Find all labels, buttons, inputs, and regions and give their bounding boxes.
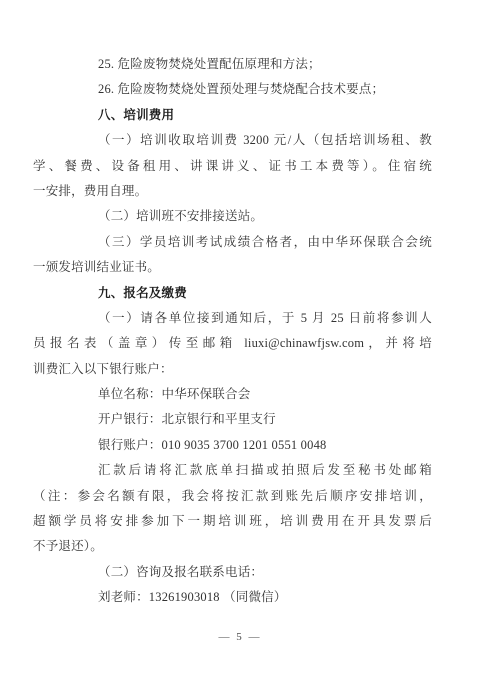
text-line: 汇款后请将汇款底单扫描或拍照后发至秘书处邮箱 bbox=[33, 458, 432, 483]
text-line: 不予退还）。 bbox=[33, 534, 432, 559]
text-line-item-25: 25. 危险废物焚烧处置配伍原理和方法； bbox=[33, 52, 432, 77]
text-line-note: （注：参会名额有限，我会将按汇款到账先后顺序安排培训， bbox=[33, 484, 432, 509]
document-body: 25. 危险废物焚烧处置配伍原理和方法； 26. 危险废物焚烧处置预处理与焚烧配… bbox=[33, 52, 432, 611]
text-line-org-name: 单位名称：中华环保联合会 bbox=[33, 382, 432, 407]
text-line-email: 员报名表（盖章）传至邮箱 liuxi@chinawfjsw.com，并将培 bbox=[33, 331, 432, 356]
text-line: （一）培训收取培训费 3200 元/人（包括培训场租、教 bbox=[33, 128, 432, 153]
text-line: （一）请各单位接到通知后，于 5 月 25 日前将参训人 bbox=[33, 306, 432, 331]
text-line: 一颁发培训结业证书。 bbox=[33, 255, 432, 280]
text-line: 学、餐费、设备租用、讲课讲义、证书工本费等）。住宿统 bbox=[33, 154, 432, 179]
text-line-bank-account: 银行账户：010 9035 3700 1201 0551 0048 bbox=[33, 433, 432, 458]
section-heading-fees: 八、培训费用 bbox=[33, 103, 432, 128]
text-line: 一安排，费用自理。 bbox=[33, 179, 432, 204]
document-page: 25. 危险废物焚烧处置配伍原理和方法； 26. 危险废物焚烧处置预处理与焚烧配… bbox=[0, 0, 480, 678]
text-line-bank-name: 开户银行：北京银行和平里支行 bbox=[33, 407, 432, 432]
text-line-contact-phone: 刘老师：13261903018 （同微信） bbox=[33, 585, 432, 610]
page-number: — 5 — bbox=[0, 629, 480, 645]
text-line-item-26: 26. 危险废物焚烧处置预处理与焚烧配合技术要点； bbox=[33, 77, 432, 102]
text-line: （三）学员培训考试成绩合格者，由中华环保联合会统 bbox=[33, 230, 432, 255]
text-line-contact-heading: （二）咨询及报名联系电话： bbox=[33, 560, 432, 585]
section-heading-registration: 九、报名及缴费 bbox=[33, 281, 432, 306]
text-line: 超额学员将安排参加下一期培训班，培训费用在开具发票后 bbox=[33, 509, 432, 534]
text-line: （二）培训班不安排接送站。 bbox=[33, 204, 432, 229]
text-line: 训费汇入以下银行账户： bbox=[33, 357, 432, 382]
